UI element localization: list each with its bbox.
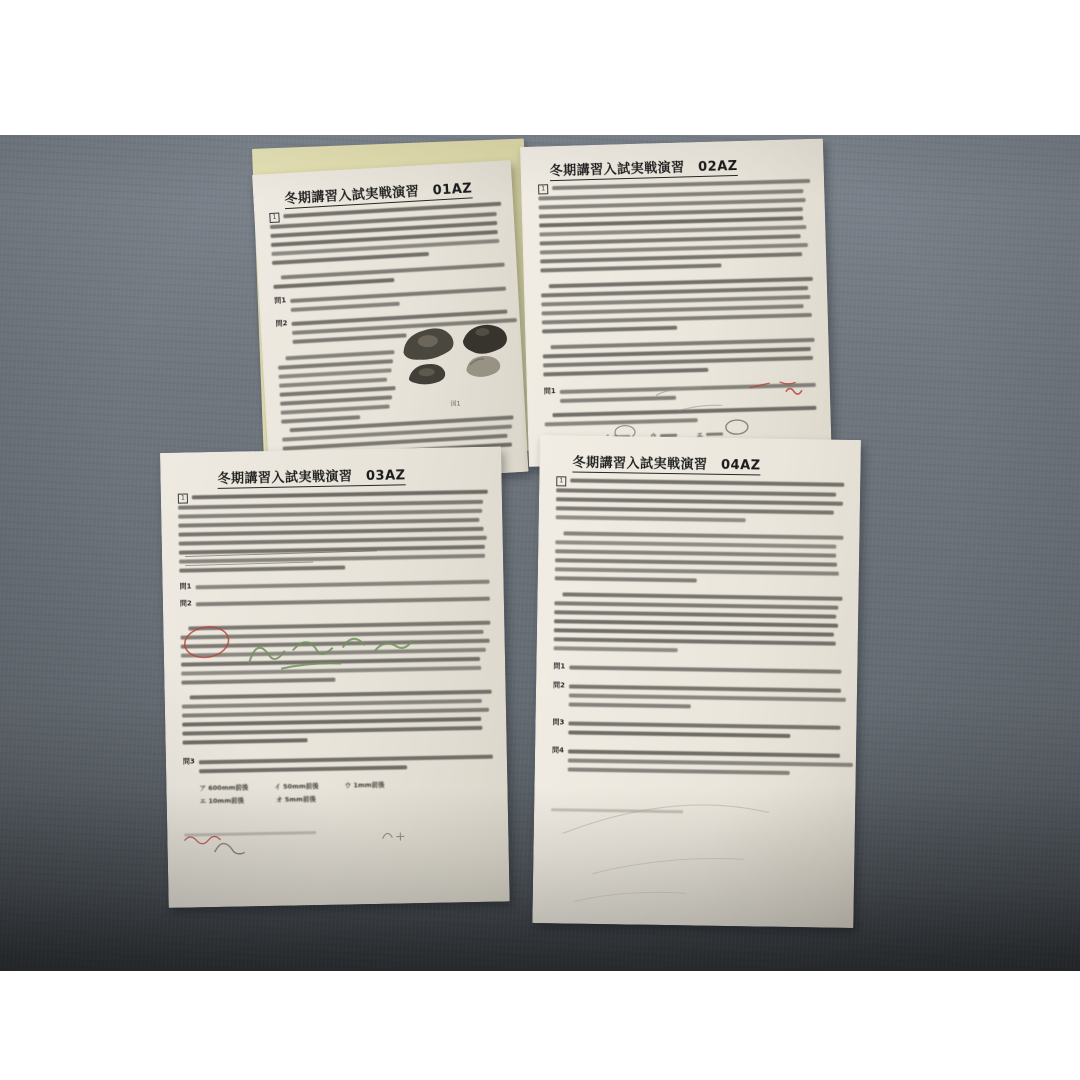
photo-vignette <box>0 135 1080 971</box>
photo-of-worksheets: 冬期講習入試実戦演習 01AZ 1問1問2 図1 <box>0 135 1080 971</box>
listing-photo-page: 冬期講習入試実戦演習 01AZ 1問1問2 図1 <box>0 0 1080 1080</box>
